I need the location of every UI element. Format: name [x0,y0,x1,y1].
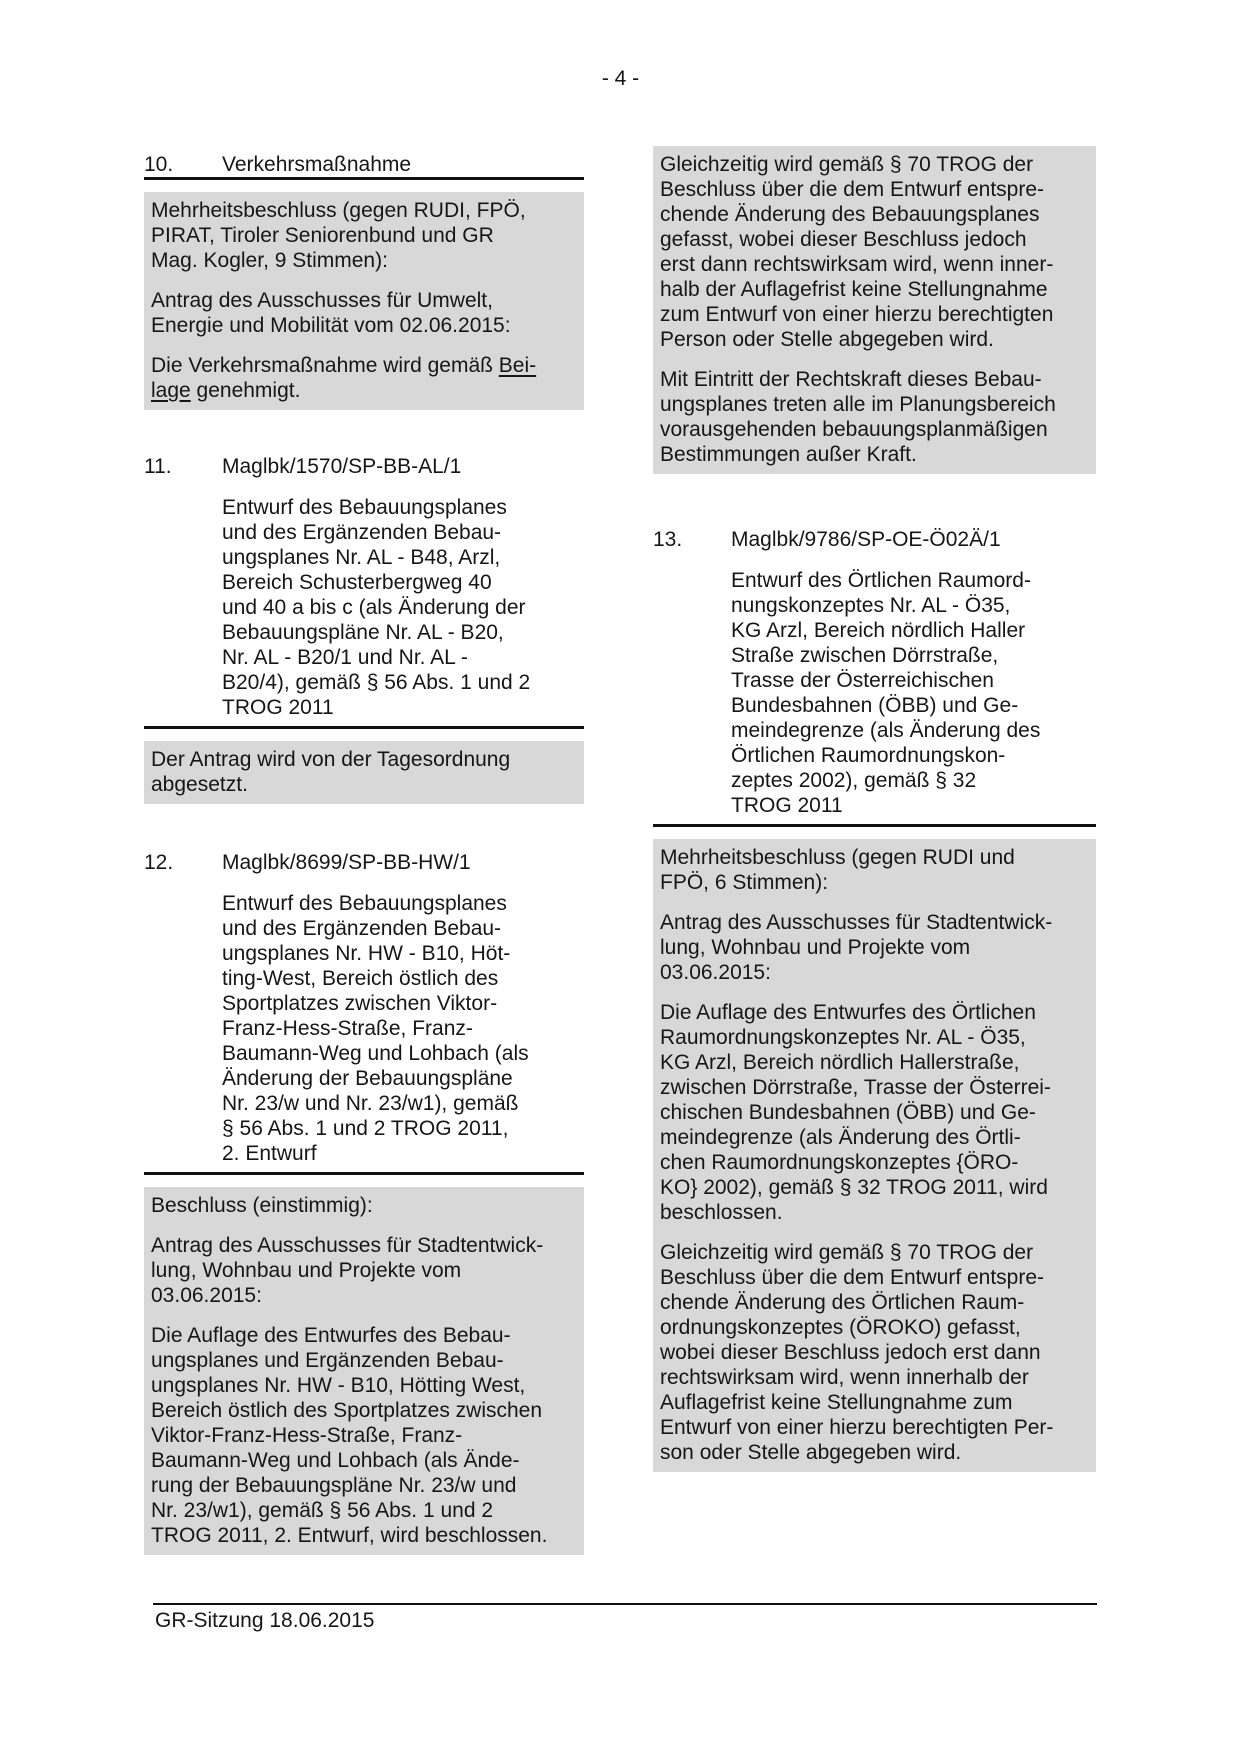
item-13-decision-block: Mehrheitsbeschluss (gegen RUDI und FPÖ, … [653,839,1096,1472]
decision-paragraph: Gleichzeitig wird gemäß § 70 TROG der Be… [660,1240,1092,1465]
item-10-number: 10. [144,152,222,177]
item-11-body: Entwurf des Bebauungsplanes und des Ergä… [222,495,584,720]
item-12: 12.Maglbk/8699/SP-BB-HW/1 Entwurf des Be… [144,850,584,1175]
decision-paragraph: Mehrheitsbeschluss (gegen RUDI, FPÖ, PIR… [151,198,580,273]
item-11-heading: 11.Maglbk/1570/SP-BB-AL/1 [144,454,584,479]
footer-session-label: GR-Sitzung 18.06.2015 [155,1608,374,1633]
item-11: 11.Maglbk/1570/SP-BB-AL/1 Entwurf des Be… [144,454,584,729]
item-10-title: Verkehrsmaßnahme [222,153,411,176]
right-column: Gleichzeitig wird gemäß § 70 TROG der Be… [653,146,1096,1472]
decision-text: Die Verkehrsmaßnahme wird gemäß [151,354,499,377]
item-11-decision-block: Der Antrag wird von der Tagesordnung abg… [144,741,584,804]
decision-paragraph: Der Antrag wird von der Tagesordnung abg… [151,747,580,797]
item-13-number: 13. [653,527,731,552]
item-12-body: Entwurf des Bebauungsplanes und des Ergä… [222,891,584,1166]
item-13-heading: 13.Maglbk/9786/SP-OE-Ö02Ä/1 [653,527,1096,552]
footer-divider [153,1603,1097,1605]
decision-paragraph: Mit Eintritt der Rechtskraft dieses Beba… [660,367,1092,467]
decision-paragraph: Mehrheitsbeschluss (gegen RUDI und FPÖ, … [660,845,1092,895]
decision-paragraph: Antrag des Ausschusses für Stadtentwick-… [151,1233,580,1308]
item-10-heading: 10.Verkehrsmaßnahme [144,152,584,180]
item-13-title: Maglbk/9786/SP-OE-Ö02Ä/1 [731,528,1001,551]
item-12-number: 12. [144,850,222,875]
item-13-body: Entwurf des Örtlichen Raumord- nungskonz… [731,568,1096,818]
decision-paragraph: Antrag des Ausschusses für Stadtentwick-… [660,910,1092,985]
decision-paragraph: Die Auflage des Entwurfes des Örtlichen … [660,1000,1092,1225]
page-number: - 4 - [0,66,1241,91]
item-13: 13.Maglbk/9786/SP-OE-Ö02Ä/1 Entwurf des … [653,527,1096,827]
item-10-decision-block: Mehrheitsbeschluss (gegen RUDI, FPÖ, PIR… [144,192,584,410]
decision-paragraph: Beschluss (einstimmig): [151,1193,580,1218]
decision-paragraph: Die Auflage des Entwurfes des Bebau- ung… [151,1323,580,1548]
item-12-title: Maglbk/8699/SP-BB-HW/1 [222,851,471,874]
item-12-heading: 12.Maglbk/8699/SP-BB-HW/1 [144,850,584,875]
item-11-title: Maglbk/1570/SP-BB-AL/1 [222,455,461,478]
item-12-decision-continuation-block: Gleichzeitig wird gemäß § 70 TROG der Be… [653,146,1096,474]
decision-paragraph: Gleichzeitig wird gemäß § 70 TROG der Be… [660,152,1092,352]
item-12-decision-block: Beschluss (einstimmig): Antrag des Aussc… [144,1187,584,1555]
decision-text: genehmigt. [191,379,301,402]
left-column: 10.Verkehrsmaßnahme Mehrheitsbeschluss (… [144,152,584,1555]
item-11-number: 11. [144,454,222,479]
document-page: - 4 - 10.Verkehrsmaßnahme Mehrheitsbesch… [0,0,1241,1754]
decision-paragraph: Antrag des Ausschusses für Umwelt, Energ… [151,288,580,338]
decision-paragraph: Die Verkehrsmaßnahme wird gemäß Bei- lag… [151,353,580,403]
